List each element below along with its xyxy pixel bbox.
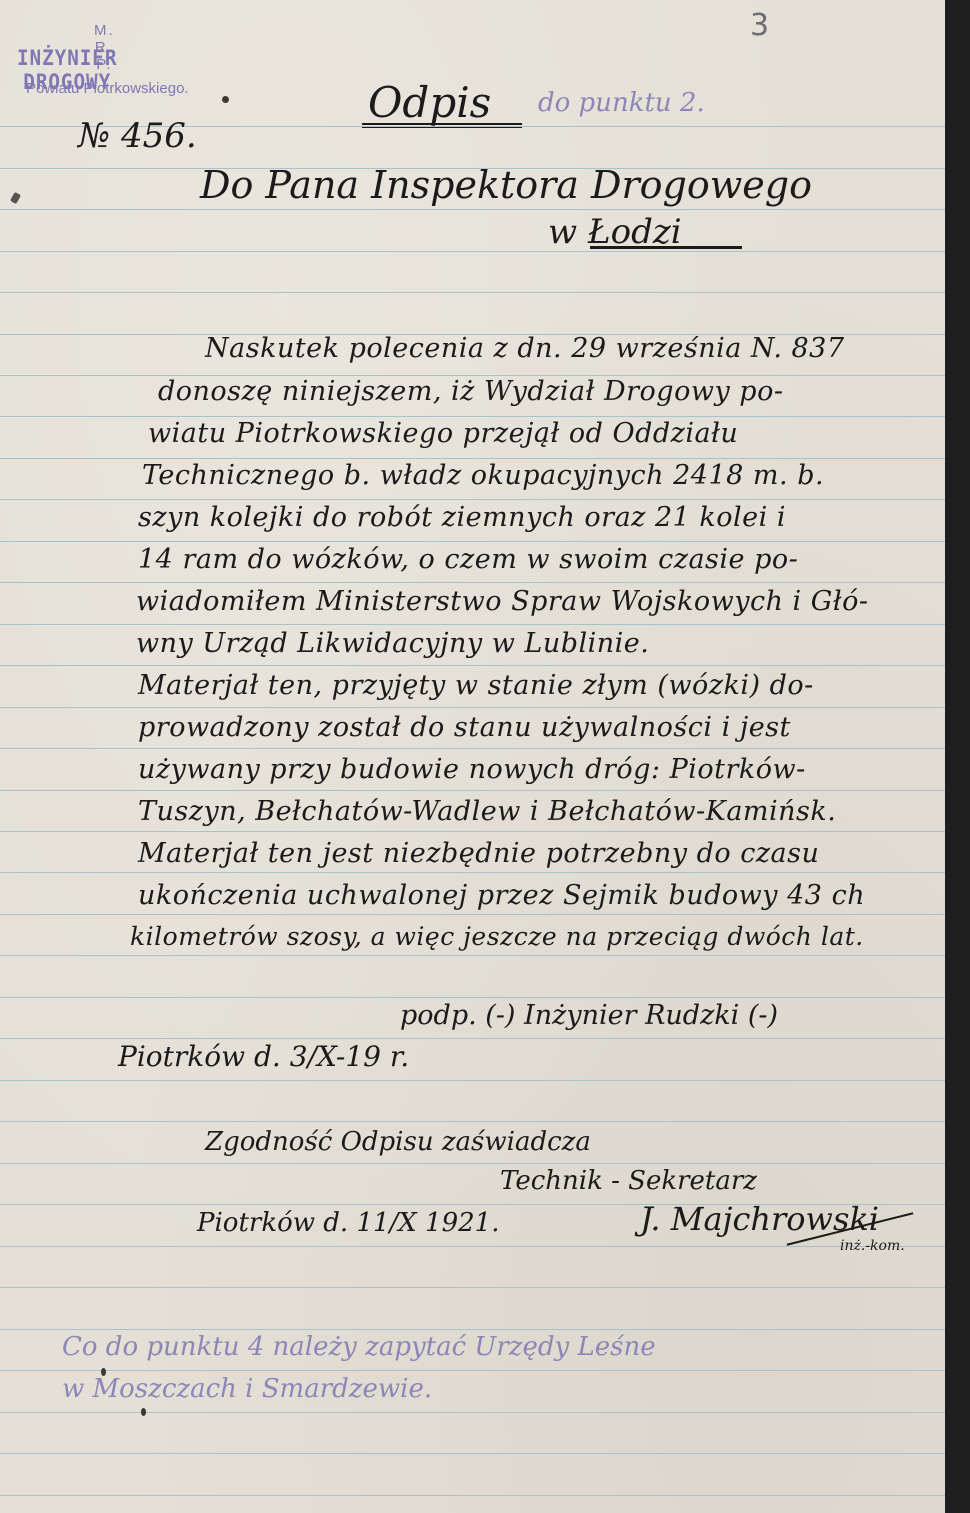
signature-suffix: inż.-kom. (840, 1238, 905, 1254)
body-line: ukończenia uchwalonej przez Sejmik budow… (138, 880, 865, 911)
body-line: Technicznego b. władz okupacyjnych 2418 … (142, 460, 824, 491)
place-date-copy: Piotrków d. 11/X 1921. (197, 1208, 500, 1238)
ink-blot (222, 96, 229, 103)
body-line: Materjał ten, przyjęty w stanie złym (wó… (138, 670, 814, 701)
certifier-title: Technik - Sekretarz (500, 1166, 757, 1196)
body-line: wiatu Piotrkowskiego przejął od Oddziału (148, 418, 738, 449)
certification-line: Zgodność Odpisu zaświadcza (205, 1127, 591, 1157)
pencil-note-top: do punktu 2. (538, 88, 705, 118)
body-line: Tuszyn, Bełchatów-Wadlew i Bełchatów-Kam… (138, 796, 836, 827)
document-page: M. R. P. INŻYNIER DROGOWY Powiatu Piotrk… (0, 0, 945, 1513)
pencil-note-line: Co do punktu 4 należy zapytać Urzędy Leś… (62, 1332, 656, 1362)
place-date-original: Piotrków d. 3/X-19 r. (118, 1040, 409, 1073)
body-line: wny Urząd Likwidacyjny w Lublinie. (136, 628, 649, 659)
body-line: donoszę niniejszem, iż Wydział Drogowy p… (158, 376, 783, 407)
body-line: kilometrów szosy, a więc jeszcze na prze… (130, 922, 864, 951)
margin-mark (10, 192, 21, 204)
page-number: 3 (750, 8, 769, 43)
body-line: szyn kolejki do robót ziemnych oraz 21 k… (138, 502, 786, 533)
stamp-line-3: Powiatu Piotrkowskiego. (26, 80, 189, 97)
pencil-note-line: w Moszczach i Smardzewie. (62, 1374, 432, 1404)
reference-number: № 456. (78, 116, 197, 156)
signed-by-line: podp. (-) Inżynier Rudzki (-) (400, 1000, 778, 1031)
body-line: 14 ram do wózków, o czem w swoim czasie … (138, 544, 798, 575)
addressee-underline (590, 246, 742, 249)
addressee-line-1: Do Pana Inspektora Drogowego (200, 163, 812, 207)
body-line: Materjał ten jest niezbędnie potrzebny d… (138, 838, 819, 869)
scan-border (945, 0, 970, 1513)
body-line: wiadomiłem Ministerstwo Spraw Wojskowych… (136, 586, 868, 617)
document-title: Odpis (368, 78, 491, 127)
certifier-signature: J. Majchrowski (640, 1200, 879, 1238)
body-line: prowadzony został do stanu używalności i… (138, 712, 791, 743)
title-underline (362, 123, 522, 125)
body-line: Naskutek polecenia z dn. 29 września N. … (205, 333, 845, 364)
body-line: używany przy budowie nowych dróg: Piotrk… (138, 754, 806, 785)
